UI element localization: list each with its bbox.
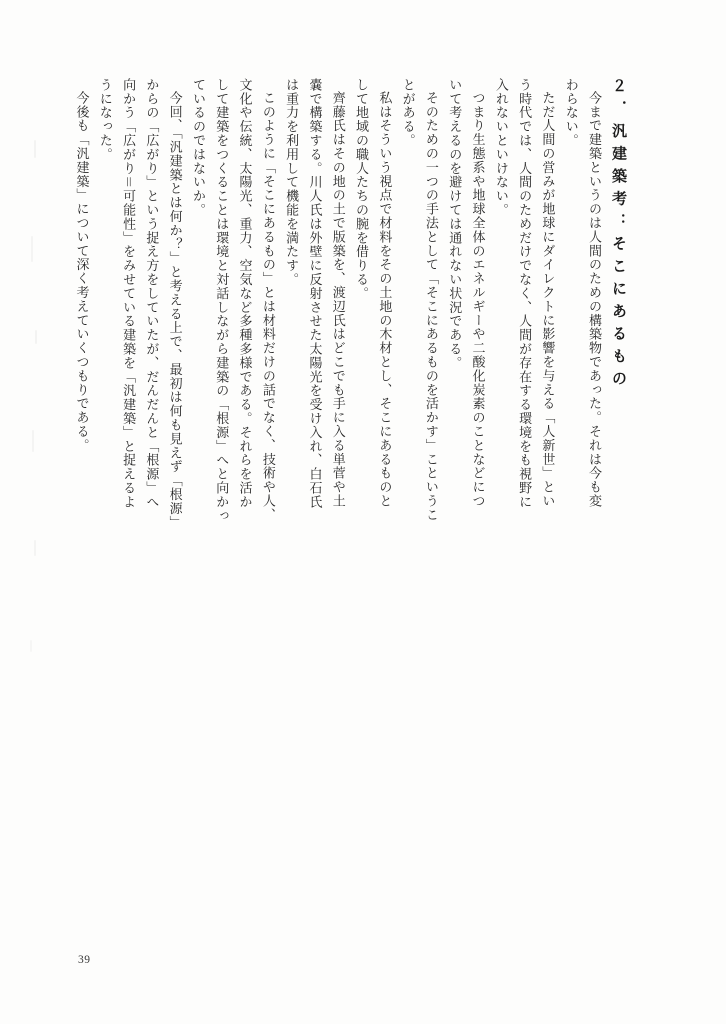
text-line: 今まで建築というのは人間のための構築物であった。それは今も変: [583, 78, 606, 536]
text-line: 入れないといけない。: [490, 78, 513, 536]
text-line: いて考えるのを避けては通れない状況である。: [443, 78, 466, 536]
scan-artifact: [35, 330, 37, 344]
text-line: からの「広がり」という捉え方をしていたが、だんだんと「根源」へ: [140, 78, 163, 536]
text-line: 嚢で構築する。川人氏は外壁に反射させた太陽光を受け入れ、白石氏: [303, 78, 326, 536]
scan-artifact: [32, 430, 34, 452]
article-body: 今まで建築というのは人間のための構築物であった。それは今も変わらない。ただ人間の…: [70, 78, 606, 536]
scan-artifact: [34, 140, 36, 158]
text-line: 文化や伝統、太陽光、重力、空気など多種多様である。それらを活か: [233, 78, 256, 536]
text-line: う時代では、人間のためだけでなく、人間が存在する環境をも視野に: [513, 78, 536, 536]
text-line: ただ人間の営みが地球にダイレクトに影響を与える「人新世」とい: [536, 78, 559, 536]
text-line: 向かう「広がり＝可能性」をみせている建築を「汎建築」と捉えるよ: [117, 78, 140, 536]
text-line: そのための一つの手法として「そこにあるものを活かす」こというこ: [420, 78, 443, 536]
text-line: つまり生態系や地球全体のエネルギーや二酸化炭素のことなどにつ: [466, 78, 489, 536]
text-line: わらない。: [559, 78, 582, 536]
text-line: 今回、「汎建築とは何か？」と考える上で、最初は何も見えず「根源」: [163, 78, 186, 536]
document-page: ２．汎建築考：そこにあるもの 今まで建築というのは人間のための構築物であった。そ…: [0, 0, 726, 1024]
text-line: 齊藤氏はその地の土で版築を、渡辺氏はどこでも手に入る単菅や土: [326, 78, 349, 536]
text-line: 今後も「汎建築」について深く考えていくつもりである。: [70, 78, 93, 536]
text-line: ているのではないか。: [187, 78, 210, 536]
article-title: ２．汎建築考：そこにあるもの: [606, 78, 630, 536]
scan-artifact: [31, 236, 33, 262]
scan-artifact: [34, 540, 36, 556]
scan-artifact: [30, 640, 32, 652]
text-line: このように「そこにあるもの」とは材料だけの話でなく、技術や人、: [257, 78, 280, 536]
article: ２．汎建築考：そこにあるもの 今まで建築というのは人間のための構築物であった。そ…: [70, 78, 652, 536]
text-line: して建築をつくることは環境と対話しながら建築の「根源」へと向かっ: [210, 78, 233, 536]
text-line: うになった。: [93, 78, 116, 536]
text-line: は重力を利用して機能を満たす。: [280, 78, 303, 536]
text-line: とがある。: [396, 78, 419, 536]
page-number: 39: [78, 954, 91, 966]
text-line: して地域の職人たちの腕を借りる。: [350, 78, 373, 536]
text-line: 私はそういう視点で材料をその土地の木材とし、そこにあるものと: [373, 78, 396, 536]
